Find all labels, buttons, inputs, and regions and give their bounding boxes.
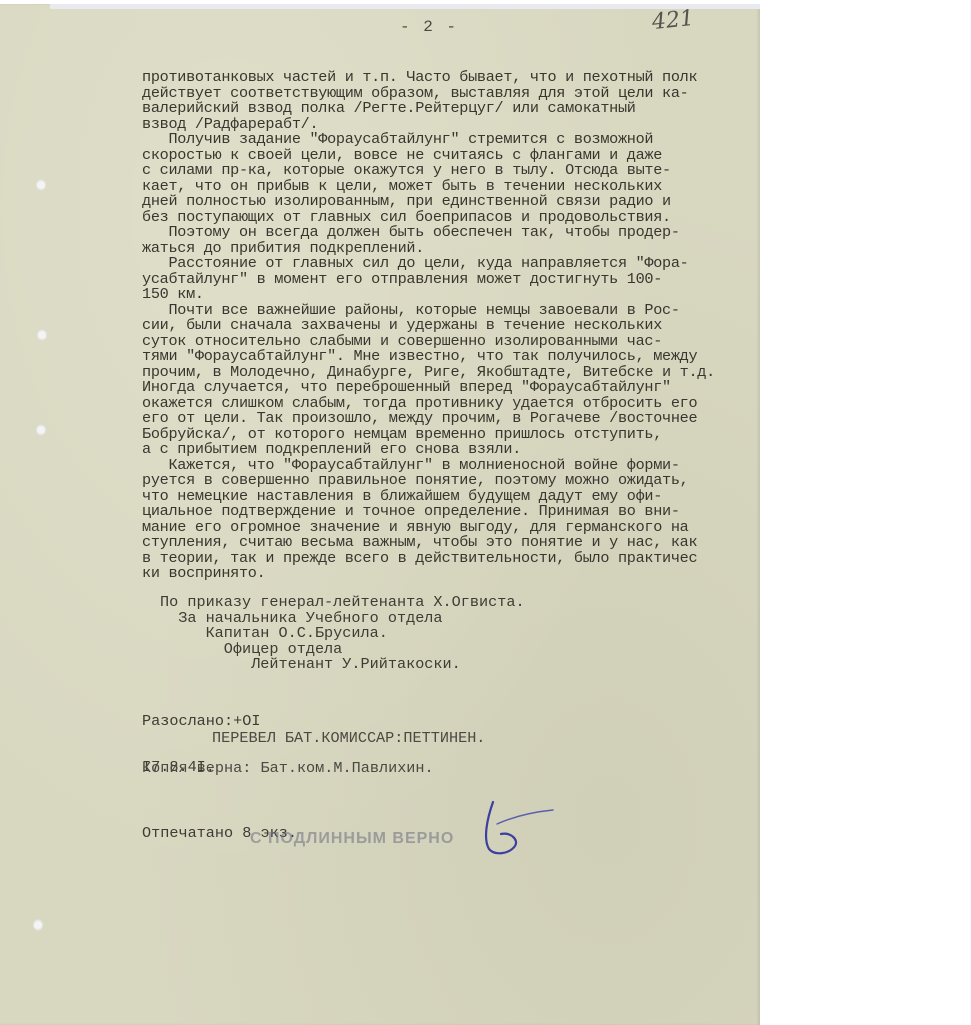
copy-verified-line: Копия верна: Бат.ком.М.Павлихин. <box>142 759 434 777</box>
punch-hole <box>36 179 46 191</box>
body-text: противотанковых частей и т.п. Часто быва… <box>142 70 762 582</box>
body-line: усабтайлунг" в момент его отправления мо… <box>142 272 762 288</box>
signature-block: По приказу генерал-лейтенанта Х.Огвиста.… <box>160 595 525 673</box>
page-number: - 2 - <box>400 18 458 36</box>
body-line: ки воспринято. <box>142 566 762 582</box>
archive-number: 421 <box>651 6 695 35</box>
signature-line: Лейтенант У.Рийтакоски. <box>160 657 525 673</box>
punch-hole <box>36 424 46 436</box>
distribution-sent: Разослано:+OI <box>142 714 260 730</box>
translator-line: ПЕРЕВЕЛ БАТ.КОМИССАР:ПЕТТИНЕН. <box>212 729 485 747</box>
certification-stamp: С ПОДЛИННЫМ ВЕРНО <box>250 830 454 848</box>
page-top-edge <box>50 4 760 9</box>
document-page: - 2 - 421 противотанковых частей и т.п. … <box>0 4 760 1025</box>
handwritten-signature-icon <box>475 794 565 864</box>
punch-hole <box>37 329 47 341</box>
punch-hole <box>33 919 43 931</box>
